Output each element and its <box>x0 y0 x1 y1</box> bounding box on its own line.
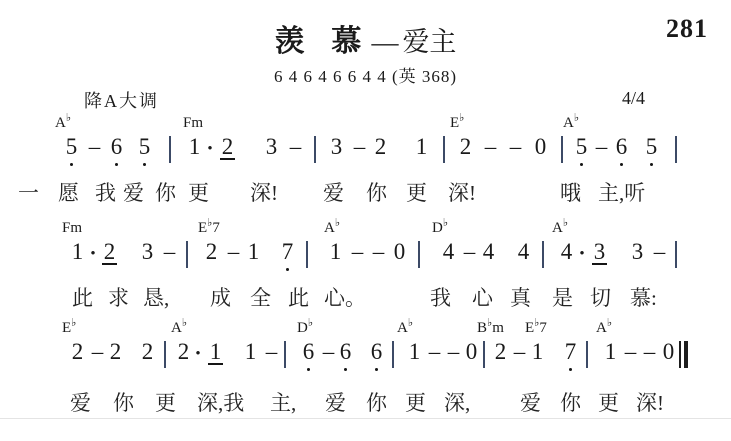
chord-symbol: E♭ <box>62 320 76 337</box>
augmentation-dot: • <box>205 138 215 161</box>
duration-dash: – <box>350 240 365 263</box>
note-digit: 3 <box>592 240 607 265</box>
flat-sign: ♭ <box>487 317 492 329</box>
chord-symbol: Fm <box>62 220 82 237</box>
duration-dash: – <box>226 240 241 263</box>
title-dash: — <box>371 27 398 57</box>
lyric-syllable: 你 <box>366 387 387 417</box>
lyric-syllable: 爱 <box>70 387 91 417</box>
music-line-1: A♭FmE♭A♭5–651•23–3–212––05–65 <box>0 115 731 173</box>
note-digit: 2 <box>373 135 388 160</box>
lyric-syllable: 真 <box>510 282 531 312</box>
barline <box>675 136 677 163</box>
duration-dash: – <box>462 240 477 263</box>
low-octave-dot <box>650 163 653 166</box>
lyric-syllable: 主, <box>270 387 296 417</box>
note-digit: 3 <box>329 135 344 160</box>
note-digit: 4 <box>516 240 531 265</box>
low-octave-dot <box>286 268 289 271</box>
note-digit: 0 <box>464 340 479 365</box>
barline <box>483 341 485 368</box>
lyric-syllable: 全 <box>250 282 271 312</box>
lyric-syllable: 切 <box>590 282 611 312</box>
lyric-line-1: 一愿我爱你更深!爱你更深!哦主,听 <box>0 177 731 205</box>
lyric-syllable: 深! <box>448 177 476 207</box>
flat-sign: ♭ <box>563 217 568 229</box>
note-digit: 2 <box>220 135 235 160</box>
barline <box>314 136 316 163</box>
lyric-line-2: 此求恳,成全此心。我心真是切慕: <box>0 282 731 310</box>
flat-sign: ♭ <box>443 217 448 229</box>
note-digit: 3 <box>630 240 645 265</box>
chord-symbol: E♭7 <box>525 320 547 337</box>
tune-meter-reference: 6 4 6 4 6 6 4 4 (英 368) <box>0 62 731 87</box>
note-digit: 2 <box>204 240 219 265</box>
barline <box>164 341 166 368</box>
low-octave-dot <box>115 163 118 166</box>
note-digit: 3 <box>264 135 279 160</box>
note-digit: 0 <box>533 135 548 160</box>
note-digit: 5 <box>644 135 659 160</box>
duration-dash: – <box>90 340 105 363</box>
note-digit: 5 <box>64 135 79 160</box>
note-digit: 6 <box>338 340 353 365</box>
lyric-syllable: 是 <box>552 282 573 312</box>
barline <box>186 241 188 268</box>
chord-symbol: Fm <box>183 115 203 132</box>
low-octave-dot <box>620 163 623 166</box>
chord-symbol: E♭ <box>450 115 464 132</box>
note-digit: 1 <box>603 340 618 365</box>
duration-dash: – <box>446 340 461 363</box>
lyric-syllable: 爱 <box>323 177 344 207</box>
barline <box>561 136 563 163</box>
note-digit: 6 <box>369 340 384 365</box>
hymn-title-subject: 爱主 <box>402 27 456 57</box>
chord-symbol: D♭ <box>432 220 448 237</box>
duration-dash: – <box>642 340 657 363</box>
lyric-syllable: 更 <box>155 387 176 417</box>
final-barline <box>684 341 688 368</box>
note-digit: 0 <box>661 340 676 365</box>
note-digit: 2 <box>70 340 85 365</box>
low-octave-dot <box>569 368 572 371</box>
hymn-sheet-page: 281 羡 慕—爱主 6 4 6 4 6 6 4 4 (英 368) 降A大调 … <box>0 0 731 441</box>
duration-dash: – <box>321 340 336 363</box>
note-digit: 2 <box>140 340 155 365</box>
barline <box>443 136 445 163</box>
note-digit: 1 <box>70 240 85 265</box>
note-digit: 5 <box>137 135 152 160</box>
lyric-syllable: 你 <box>113 387 134 417</box>
note-digit: 2 <box>108 340 123 365</box>
duration-dash: – <box>594 135 609 158</box>
chord-symbol: A♭ <box>596 320 612 337</box>
note-digit: 7 <box>563 340 578 365</box>
lyric-syllable: 爱 <box>325 387 346 417</box>
note-digit: 1 <box>208 340 223 365</box>
note-digit: 2 <box>176 340 191 365</box>
duration-dash: – <box>623 340 638 363</box>
flat-sign: ♭ <box>71 317 76 329</box>
flat-sign: ♭ <box>335 217 340 229</box>
note-digit: 1 <box>243 340 258 365</box>
lyric-syllable: 你 <box>366 177 387 207</box>
note-digit: 1 <box>407 340 422 365</box>
barline <box>392 341 394 368</box>
duration-dash: – <box>427 340 442 363</box>
note-digit: 4 <box>481 240 496 265</box>
augmentation-dot: • <box>193 343 203 366</box>
duration-dash: – <box>371 240 386 263</box>
lyric-syllable: 主,听 <box>598 177 645 207</box>
lyric-syllable: 更 <box>188 177 209 207</box>
note-digit: 5 <box>574 135 589 160</box>
barline <box>306 241 308 268</box>
barline <box>675 241 677 268</box>
music-line-2: FmE♭7A♭D♭A♭1•23–2–171––04–444•33– <box>0 220 731 278</box>
lyric-syllable: 深! <box>250 177 278 207</box>
key-signature-label: 降A大调 <box>84 87 159 113</box>
note-digit: 6 <box>614 135 629 160</box>
low-octave-dot <box>143 163 146 166</box>
chord-symbol: B♭m <box>477 320 504 337</box>
duration-dash: – <box>352 135 367 158</box>
flat-sign: ♭ <box>182 317 187 329</box>
chord-symbol: A♭ <box>171 320 187 337</box>
duration-dash: – <box>512 340 527 363</box>
flat-sign: ♭ <box>308 317 313 329</box>
lyric-syllable: 深! <box>636 387 664 417</box>
note-digit: 1 <box>328 240 343 265</box>
barline <box>586 341 588 368</box>
augmentation-dot: • <box>577 243 587 266</box>
lyric-syllable: 慕: <box>630 282 657 312</box>
note-digit: 6 <box>301 340 316 365</box>
lyric-syllable: 你 <box>155 177 176 207</box>
note-digit: 2 <box>102 240 117 265</box>
barline <box>169 136 171 163</box>
barline <box>284 341 286 368</box>
low-octave-dot <box>344 368 347 371</box>
chord-symbol: A♭ <box>55 115 71 132</box>
lyric-syllable: 更 <box>406 177 427 207</box>
lyric-syllable: 爱 <box>123 177 144 207</box>
lyric-syllable: 爱 <box>520 387 541 417</box>
flat-sign: ♭ <box>574 112 579 124</box>
lyric-syllable: 成 <box>210 282 231 312</box>
note-digit: 1 <box>246 240 261 265</box>
lyric-syllable: 心。 <box>324 282 366 312</box>
duration-dash: – <box>508 135 523 158</box>
flat-sign: ♭ <box>534 317 539 329</box>
duration-dash: – <box>162 240 177 263</box>
duration-dash: – <box>652 240 667 263</box>
barline <box>542 241 544 268</box>
hymn-title-main: 羡 慕 <box>275 24 364 59</box>
lyric-syllable: 恳, <box>143 282 169 312</box>
lyric-line-3: 爱你更深,我主,爱你更深,爱你更深! <box>0 387 731 415</box>
note-digit: 0 <box>392 240 407 265</box>
lyric-syllable: 深,我 <box>197 387 244 417</box>
flat-sign: ♭ <box>459 112 464 124</box>
note-digit: 2 <box>493 340 508 365</box>
note-digit: 7 <box>280 240 295 265</box>
lyric-syllable: 求 <box>108 282 129 312</box>
lyric-syllable: 此 <box>72 282 93 312</box>
note-digit: 3 <box>140 240 155 265</box>
chord-symbol: A♭ <box>563 115 579 132</box>
lyric-syllable: 我 <box>430 282 451 312</box>
note-digit: 4 <box>559 240 574 265</box>
chord-symbol: E♭7 <box>198 220 220 237</box>
note-digit: 2 <box>458 135 473 160</box>
low-octave-dot <box>307 368 310 371</box>
flat-sign: ♭ <box>408 317 413 329</box>
note-digit: 1 <box>530 340 545 365</box>
music-line-3: E♭A♭D♭A♭B♭mE♭7A♭2–222•11–6–661––02–171––… <box>0 320 731 378</box>
note-digit: 1 <box>187 135 202 160</box>
time-signature: 4/4 <box>622 88 645 109</box>
chord-symbol: D♭ <box>297 320 313 337</box>
hymn-title: 羡 慕—爱主 <box>0 16 731 60</box>
barline <box>418 241 420 268</box>
lyric-syllable: 更 <box>405 387 426 417</box>
chord-symbol: A♭ <box>324 220 340 237</box>
flat-sign: ♭ <box>607 317 612 329</box>
duration-dash: – <box>87 135 102 158</box>
lyric-syllable: 你 <box>560 387 581 417</box>
lyric-syllable: 更 <box>598 387 619 417</box>
lyric-syllable: 一 <box>18 177 39 207</box>
note-digit: 1 <box>414 135 429 160</box>
low-octave-dot <box>70 163 73 166</box>
lyric-syllable: 哦 <box>560 177 581 207</box>
lyric-syllable: 我 <box>95 177 116 207</box>
augmentation-dot: • <box>88 243 98 266</box>
chord-symbol: A♭ <box>552 220 568 237</box>
flat-sign: ♭ <box>66 112 71 124</box>
page-bottom-edge <box>0 418 731 419</box>
duration-dash: – <box>288 135 303 158</box>
lyric-syllable: 深, <box>444 387 470 417</box>
chord-symbol: A♭ <box>397 320 413 337</box>
lyric-syllable: 心 <box>472 282 493 312</box>
low-octave-dot <box>375 368 378 371</box>
note-digit: 4 <box>441 240 456 265</box>
lyric-syllable: 此 <box>288 282 309 312</box>
lyric-syllable: 愿 <box>58 177 79 207</box>
duration-dash: – <box>483 135 498 158</box>
note-digit: 6 <box>109 135 124 160</box>
flat-sign: ♭ <box>207 217 212 229</box>
duration-dash: – <box>264 340 279 363</box>
low-octave-dot <box>580 163 583 166</box>
